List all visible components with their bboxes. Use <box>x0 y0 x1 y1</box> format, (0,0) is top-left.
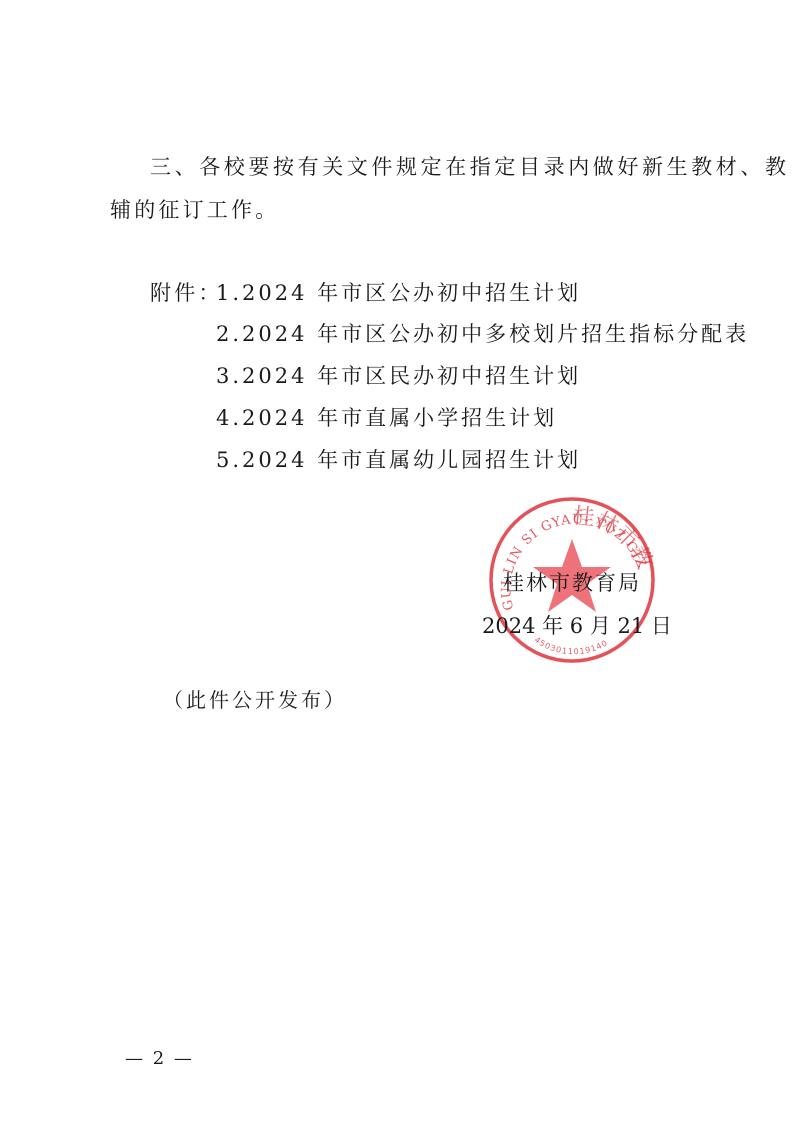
attachment-item-2: 2.2024 年市区公办初中多校划片招生指标分配表 <box>216 324 749 345</box>
attachment-item-4: 4.2024 年市直属小学招生计划 <box>216 408 557 429</box>
attachment-item-1: 1.2024 年市区公办初中招生计划 <box>216 283 581 304</box>
paragraph-item-3-line1: 三、各校要按有关文件规定在指定目录内做好新生教材、教 <box>150 157 790 178</box>
attachment-item-3: 3.2024 年市区民办初中招生计划 <box>216 366 581 387</box>
page-number: — 2 — <box>125 1050 194 1068</box>
paragraph-item-3-line2: 辅的征订工作。 <box>110 200 279 221</box>
svg-text:4503011019140: 4503011019140 <box>533 635 610 656</box>
signature-date: 2024 年 6 月 21 日 <box>482 616 672 637</box>
attachments-label: 附件： <box>150 283 223 304</box>
signature-organization: 桂林市教育局 <box>503 573 641 594</box>
attachment-item-5: 5.2024 年市直属幼儿园招生计划 <box>216 450 581 471</box>
document-page: 三、各校要按有关文件规定在指定目录内做好新生教材、教 辅的征订工作。 附件： 1… <box>0 0 800 1131</box>
public-release-note: （此件公开发布） <box>163 690 347 710</box>
